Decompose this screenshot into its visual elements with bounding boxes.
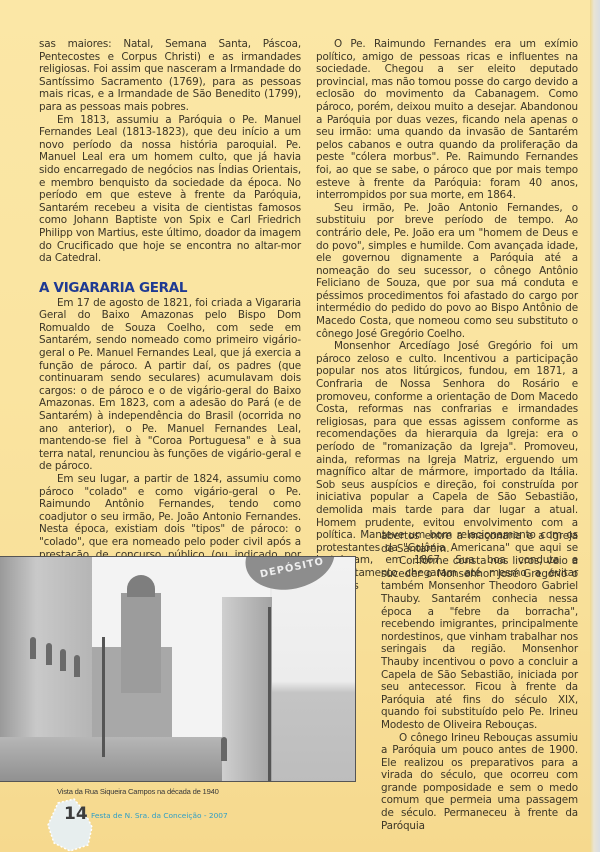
- paragraph: Em 1813, assumiu a Paróquia o Pe. Manuel…: [39, 114, 301, 265]
- publication-title: Festa de N. Sra. da Conceição - 2007: [91, 811, 228, 820]
- historic-street-photo: DEPÓSITO: [0, 556, 356, 782]
- photo-church-tower: [121, 593, 161, 693]
- photo-caption: Vista da Rua Siqueira Campos na década d…: [57, 787, 219, 796]
- photo-church-dome: [127, 575, 155, 597]
- photo-window: [46, 643, 52, 665]
- photo-pole: [268, 607, 271, 782]
- section-heading: A VIGARARIA GERAL: [39, 281, 301, 296]
- paragraph: sas maiores: Natal, Semana Santa, Páscoa…: [39, 38, 301, 114]
- page-number: 14: [64, 804, 88, 824]
- photo-pole: [102, 637, 105, 757]
- paragraph: Seu irmão, Pe. João Antonio Fernandes, o…: [316, 202, 578, 341]
- photo-window: [74, 655, 80, 677]
- paragraph: abertos entre a maçonaria e a Igreja de …: [381, 530, 578, 555]
- photo-person: [221, 737, 227, 761]
- photo-window: [60, 649, 66, 671]
- left-column: sas maiores: Natal, Semana Santa, Páscoa…: [39, 38, 301, 599]
- photo-window: [30, 637, 36, 659]
- page-edge: [590, 0, 600, 852]
- paragraph: O cônego Irineu Rebouças assumiu a Paróq…: [381, 732, 578, 833]
- paragraph: Conforme consta nos livros, veio a suced…: [381, 555, 578, 731]
- paragraph: Em 17 de agosto de 1821, foi criada a Vi…: [39, 297, 301, 473]
- photo-building-right: [222, 597, 272, 782]
- paragraph: O Pe. Raimundo Fernandes era um exímio p…: [316, 38, 578, 202]
- right-column: O Pe. Raimundo Fernandes era um exímio p…: [316, 38, 578, 592]
- photo-wall-right: [272, 557, 356, 782]
- right-column-narrow: abertos entre a maçonaria e a Igreja de …: [381, 530, 578, 832]
